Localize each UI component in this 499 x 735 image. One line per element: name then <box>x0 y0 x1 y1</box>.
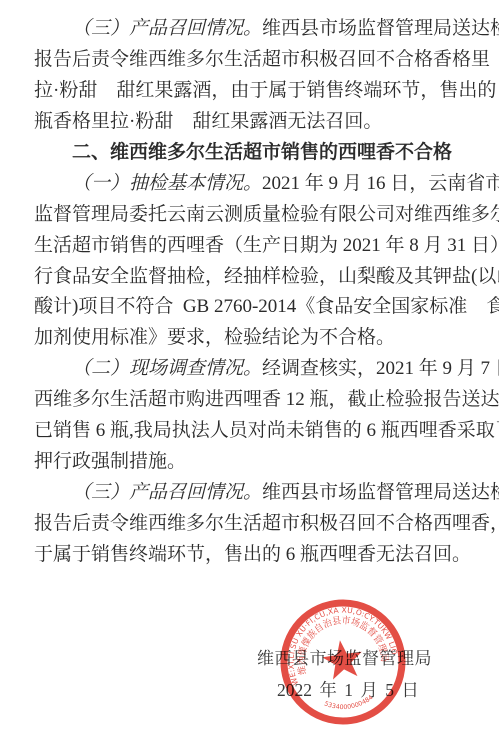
text-segment: 维西县市场监督管理局送达检验 <box>262 18 499 39</box>
document-page: （三）产品召回情况。维西县市场监督管理局送达检验 报告后责令维西维多尔生活超市积… <box>0 0 499 735</box>
issuer-name: 维西县市场监督管理局 <box>257 644 432 669</box>
text-line: 西维多尔生活超市购进西哩香 12 瓶，截止检验报告送达时 <box>34 385 465 416</box>
clause-heading: （三）产品召回情况。 <box>72 482 262 503</box>
text-line: 行食品安全监督抽检，经抽样检验，山梨酸及其钾盐(以山梨 <box>34 262 465 293</box>
text-line: 监督管理局委托云南云测质量检验有限公司对维西维多尔 <box>34 200 465 231</box>
text-line: （二）现场调查情况。经调查核实，2021 年 9 月 7 日维 <box>34 354 465 385</box>
issue-date: 2022 年 1 月 5 日 <box>277 677 419 702</box>
text-line: 生活超市销售的西哩香（生产日期为 2021 年 8 月 31 日）进 <box>34 231 465 262</box>
clause-heading: （三）产品召回情况。 <box>72 18 262 39</box>
text-line: 酸计)项目不符合 GB 2760-2014《食品安全国家标准 食品添 <box>34 292 465 323</box>
text-line: （一）抽检基本情况。2021 年 9 月 16 日，云南省市场 <box>34 169 465 200</box>
seal-outer-text: WE:XI,LI.SU XU·FI,CU,XA XU,O:CY.TUKW LIO <box>279 598 401 687</box>
text-segment: 经调查核实，2021 年 9 月 7 日维 <box>262 358 499 379</box>
text-line: （三）产品召回情况。维西县市场监督管理局送达检验 <box>34 14 465 45</box>
section-heading: 二、维西维多尔生活超市销售的西哩香不合格 <box>34 138 465 169</box>
text-line: （三）产品召回情况。维西县市场监督管理局送达检验 <box>34 478 465 509</box>
clause-heading: （二）现场调查情况。 <box>72 358 262 379</box>
text-segment: 维西县市场监督管理局送达检验 <box>262 482 499 503</box>
text-line: 报告后责令维西维多尔生活超市积极召回不合格西哩香，由 <box>34 509 465 540</box>
text-line: 加剂使用标准》要求，检验结论为不合格。 <box>34 323 465 354</box>
text-line: 押行政强制措施。 <box>34 447 465 478</box>
text-line: 于属于销售终端环节，售出的 6 瓶西哩香无法召回。 <box>34 540 465 571</box>
svg-text:WE:XI,LI.SU XU·FI,CU,XA XU,O:C: WE:XI,LI.SU XU·FI,CU,XA XU,O:CY.TUKW LIO <box>279 598 401 687</box>
clause-heading: （一）抽检基本情况。 <box>72 173 262 194</box>
text-segment: 2021 年 9 月 16 日，云南省市场 <box>262 173 499 194</box>
text-line: 拉·粉甜 甜红果露酒，由于属于销售终端环节，售出的 5 <box>34 76 465 107</box>
text-line: 瓶香格里拉·粉甜 甜红果露酒无法召回。 <box>34 107 465 138</box>
document-body: （三）产品召回情况。维西县市场监督管理局送达检验 报告后责令维西维多尔生活超市积… <box>34 14 465 571</box>
text-line: 已销售 6 瓶,我局执法人员对尚未销售的 6 瓶西哩香采取了扣 <box>34 416 465 447</box>
text-line: 报告后责令维西维多尔生活超市积极召回不合格香格里 <box>34 45 465 76</box>
